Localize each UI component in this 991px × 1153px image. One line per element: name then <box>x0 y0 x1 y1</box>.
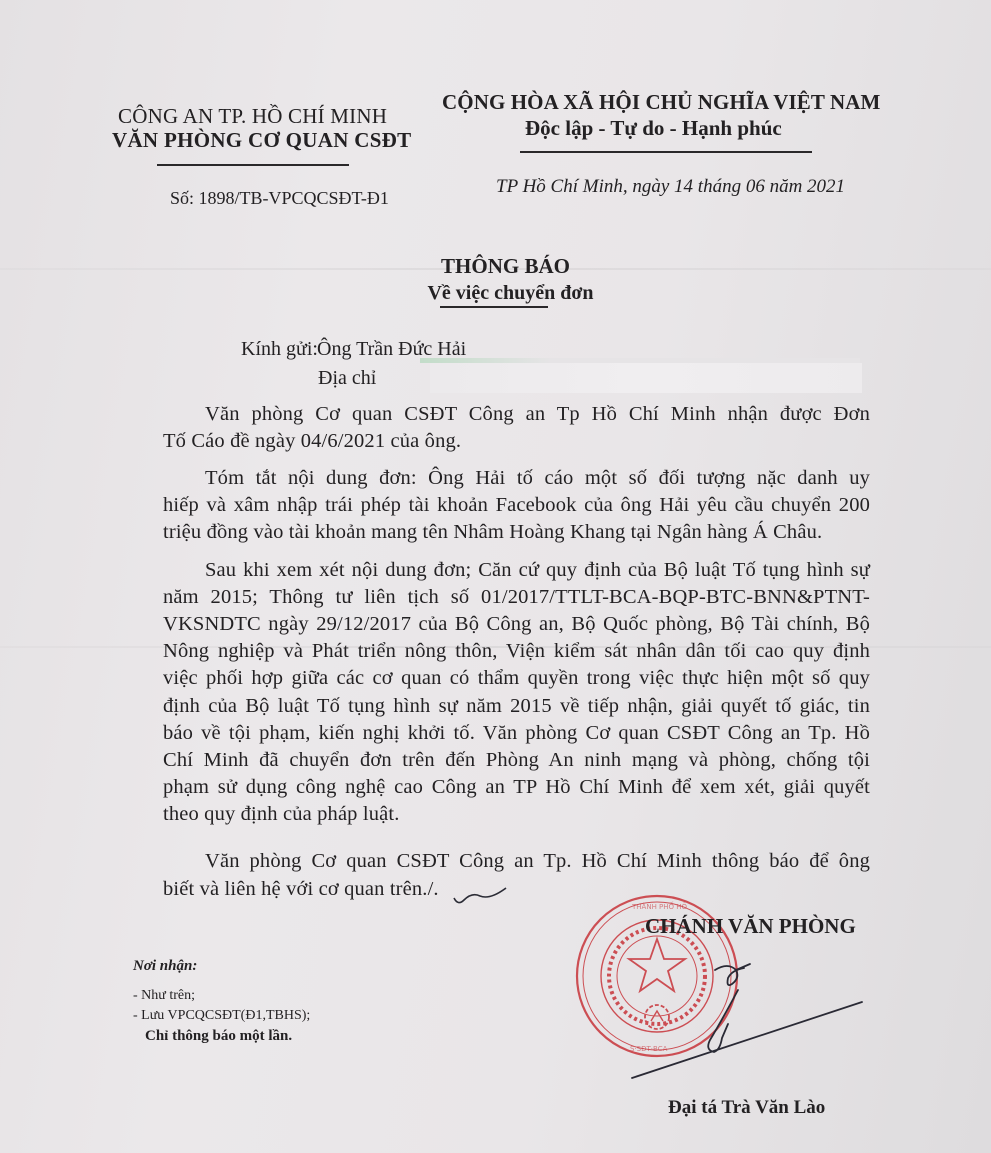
body-line: việc phối hợp giữa các cơ quan có thẩm q… <box>163 667 870 690</box>
agency-line-1: CÔNG AN TP. HỒ CHÍ MINH <box>118 104 387 129</box>
recipient-label: Kính gửi: <box>241 338 318 361</box>
body-line: Văn phòng Cơ quan CSĐT Công an Tp Hồ Chí… <box>205 403 870 426</box>
body-line: Sau khi xem xét nội dung đơn; Căn cứ quy… <box>205 559 870 582</box>
body-line: Nông nghiệp và Phát triển nông thôn, Việ… <box>163 640 870 663</box>
body-line: biết và liên hệ với cơ quan trên./. <box>163 878 453 901</box>
republic-line-1: CỘNG HÒA XÃ HỘI CHỦ NGHĨA VIỆT NAM <box>442 90 880 115</box>
recipients-list-label: Nơi nhận: <box>133 958 197 975</box>
agency-line-2: VĂN PHÒNG CƠ QUAN CSĐT <box>112 128 411 153</box>
body-line: định của Bộ luật Tố tụng hình sự năm 201… <box>163 695 870 718</box>
address-label: Địa chỉ <box>318 367 376 390</box>
signer-name: Đại tá Trà Văn Lào <box>668 1097 825 1119</box>
motto-underline <box>520 151 812 153</box>
handwritten-tick-icon <box>450 880 510 910</box>
body-line: triệu đồng vào tài khoản mang tên Nhâm H… <box>163 521 831 544</box>
svg-text:THÀNH PHỐ HỒ: THÀNH PHỐ HỒ <box>631 901 688 911</box>
document-subject: Về việc chuyển đơn <box>0 282 991 305</box>
body-line: năm 2015; Thông tư liên tịch số 01/2017/… <box>163 586 870 609</box>
agency-underline <box>157 164 349 166</box>
body-line: Tố Cáo đề ngày 04/6/2021 của ông. <box>163 430 363 453</box>
body-line: Chí Minh đã chuyển đơn trên đến Phòng An… <box>163 749 870 772</box>
recipients-list-item: - Lưu VPCQCSĐT(Đ1,TBHS); <box>133 1008 310 1024</box>
body-line: Tóm tắt nội dung đơn: Ông Hải tố cáo một… <box>205 467 870 490</box>
document-number: Số: 1898/TB-VPCQCSĐT-Đ1 <box>170 188 389 209</box>
body-line: VKSNDTC ngày 29/12/2017 của Bộ Công an, … <box>163 613 870 636</box>
republic-motto: Độc lập - Tự do - Hạnh phúc <box>525 116 782 141</box>
body-line: hiếp và xâm nhập trái phép tài khoản Fac… <box>163 494 870 517</box>
document-page: CÔNG AN TP. HỒ CHÍ MINH VĂN PHÒNG CƠ QUA… <box>0 0 991 1153</box>
address-redaction <box>430 363 862 393</box>
signature-position: CHÁNH VĂN PHÒNG <box>645 914 856 939</box>
handwritten-signature-icon <box>610 940 910 1080</box>
recipients-list-note: Chỉ thông báo một lần. <box>145 1028 292 1045</box>
document-title: THÔNG BÁO <box>0 254 991 279</box>
body-line: phạm sử dụng công nghệ cao Công an TP Hồ… <box>163 776 870 799</box>
subject-underline <box>440 306 548 308</box>
place-date: TP Hồ Chí Minh, ngày 14 tháng 06 năm 202… <box>496 176 845 198</box>
body-line: theo quy định của pháp luật. <box>163 803 463 826</box>
body-line: báo về tội phạm, kiến nghị khởi tố. Văn … <box>163 722 870 745</box>
recipients-list-item: - Như trên; <box>133 988 195 1004</box>
body-line: Văn phòng Cơ quan CSĐT Công an Tp. Hồ Ch… <box>205 850 870 873</box>
